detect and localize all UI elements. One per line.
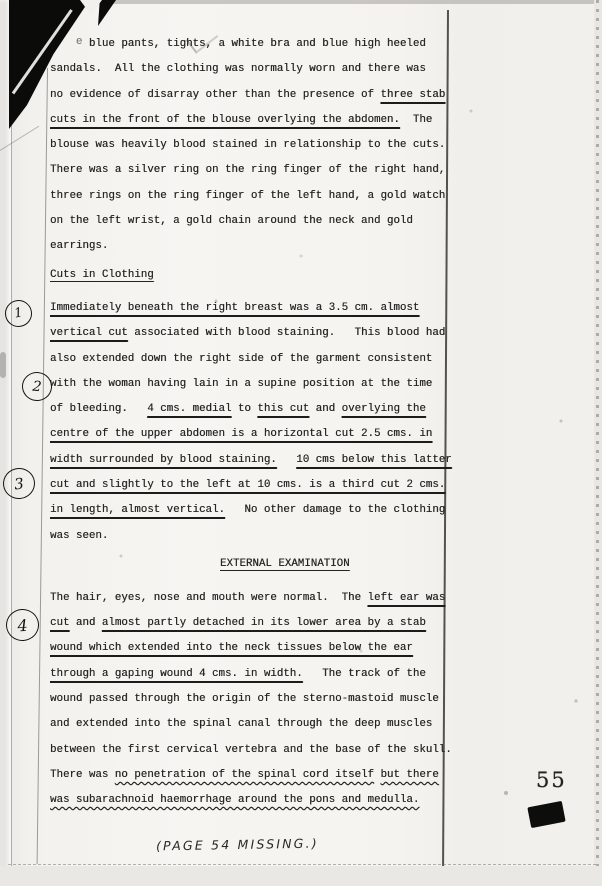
document-line: There was no penetration of the spinal c… bbox=[50, 763, 454, 788]
document-line: on the left wrist, a gold chain around t… bbox=[50, 209, 454, 234]
underlined-text: cut bbox=[50, 617, 69, 629]
underlined-text: no penetration of the spinal cord itself bbox=[115, 769, 374, 781]
document-line: wound which extended into the neck tissu… bbox=[50, 636, 454, 661]
underlined-text: Cuts in Clothing bbox=[50, 269, 154, 281]
text-run: There was bbox=[50, 769, 115, 781]
underlined-text: left ear was bbox=[367, 592, 445, 604]
text-run: on the left wrist, a gold chain around t… bbox=[50, 215, 413, 227]
underlined-text: overlying the bbox=[342, 403, 426, 415]
underlined-text: centre of the upper abdomen is a horizon… bbox=[50, 428, 432, 440]
underlined-text: this cut bbox=[257, 403, 309, 415]
section-heading-external-examination: EXTERNAL EXAMINATION bbox=[50, 552, 454, 577]
document-line: cuts in the front of the blouse overlyin… bbox=[50, 108, 454, 133]
text-run: sandals. All the clothing was normally w… bbox=[50, 63, 426, 75]
handwritten-note: (PAGE 54 MISSING.) bbox=[156, 836, 319, 854]
document-line: cut and almost partly detached in its lo… bbox=[50, 611, 454, 636]
left-fold-line bbox=[37, 68, 49, 864]
text-run: was seen. bbox=[50, 530, 108, 542]
document-line: blouse was heavily blood stained in rela… bbox=[50, 133, 454, 158]
text-run: No other damage to the clothing bbox=[225, 504, 445, 516]
underlined-text: three stab bbox=[380, 89, 445, 101]
document-line: centre of the upper abdomen is a horizon… bbox=[50, 422, 454, 447]
underlined-text: 4 cms. medial bbox=[147, 403, 231, 415]
scan-noise-specks bbox=[0, 0, 2, 2]
text-run: There was a silver ring on the ring fing… bbox=[50, 164, 445, 176]
document-line: between the first cervical vertebra and … bbox=[50, 738, 454, 763]
text-run: wound passed through the origin of the s… bbox=[50, 693, 439, 705]
document-line: width surrounded by blood staining. 10 c… bbox=[50, 448, 454, 473]
redaction-mark bbox=[527, 801, 565, 828]
text-run: associated with blood staining. This blo… bbox=[128, 327, 445, 339]
document-line: with the woman having lain in a supine p… bbox=[50, 372, 454, 397]
page-number: 55 bbox=[536, 768, 567, 792]
text-run: blouse was heavily blood stained in rela… bbox=[50, 139, 445, 151]
text-run: e bbox=[76, 30, 89, 55]
underlined-text: in length, almost vertical. bbox=[50, 504, 225, 516]
underlined-text: was subarachnoid haemorrhage around the … bbox=[50, 794, 419, 806]
underlined-text: wound which extended into the neck tissu… bbox=[50, 642, 413, 654]
underlined-text: cuts in the front of the blouse overlyin… bbox=[50, 114, 400, 126]
underlined-text: cut and slightly to the left at 10 cms. … bbox=[50, 479, 445, 491]
document-line: and extended into the spinal canal throu… bbox=[50, 712, 454, 737]
binding-speckle-strip bbox=[596, 0, 599, 886]
edge-blot bbox=[0, 352, 6, 378]
scanned-page: e blue pants, tights, a white bra and bl… bbox=[0, 0, 602, 886]
text-run: and bbox=[69, 617, 101, 629]
document-line: Immediately beneath the right breast was… bbox=[50, 296, 454, 321]
text-run: with the woman having lain in a supine p… bbox=[50, 378, 432, 390]
underlined-text: but there bbox=[380, 769, 438, 781]
scan-left-edge bbox=[0, 0, 12, 886]
document-line: earrings. bbox=[50, 234, 454, 259]
text-run: to bbox=[231, 403, 257, 415]
section-heading-cuts-in-clothing: Cuts in Clothing bbox=[50, 263, 454, 288]
underlined-text: vertical cut bbox=[50, 327, 128, 339]
document-line: cut and slightly to the left at 10 cms. … bbox=[50, 473, 454, 498]
document-line: three rings on the ring finger of the le… bbox=[50, 184, 454, 209]
scan-top-edge bbox=[95, 0, 602, 4]
document-line: in length, almost vertical. No other dam… bbox=[50, 498, 454, 523]
margin-circled-number-2: 2 bbox=[21, 371, 54, 403]
text-run: The bbox=[400, 114, 432, 126]
underlined-text: 10 cms below this latter bbox=[296, 454, 452, 466]
document-line: vertical cut associated with blood stain… bbox=[50, 321, 454, 346]
text-run: and extended into the spinal canal throu… bbox=[50, 718, 432, 730]
text-run: blue pants, tights, a white bra and blue… bbox=[89, 38, 426, 50]
text-run: The hair, eyes, nose and mouth were norm… bbox=[50, 592, 367, 604]
document-line: no evidence of disarray other than the p… bbox=[50, 83, 454, 108]
document-line: The hair, eyes, nose and mouth were norm… bbox=[50, 586, 454, 611]
underlined-text: almost partly detached in its lower area… bbox=[102, 617, 426, 629]
underlined-text: EXTERNAL EXAMINATION bbox=[220, 558, 350, 570]
document-text: e blue pants, tights, a white bra and bl… bbox=[50, 32, 454, 813]
underlined-text: width surrounded by blood staining. bbox=[50, 454, 277, 466]
document-line: wound passed through the origin of the s… bbox=[50, 687, 454, 712]
scan-bottom-margin bbox=[0, 866, 602, 886]
document-line: through a gaping wound 4 cms. in width. … bbox=[50, 662, 454, 687]
document-line: was subarachnoid haemorrhage around the … bbox=[50, 788, 454, 813]
text-run: The track of the bbox=[303, 668, 426, 680]
underlined-text: Immediately beneath the right breast was… bbox=[50, 302, 419, 314]
document-line: was seen. bbox=[50, 524, 454, 549]
text-run: and bbox=[309, 403, 341, 415]
text-run: of bleeding. bbox=[50, 403, 147, 415]
text-run bbox=[277, 454, 296, 466]
document-line: also extended down the right side of the… bbox=[50, 347, 454, 372]
text-run: also extended down the right side of the… bbox=[50, 353, 432, 365]
bottom-page-edge-line bbox=[8, 864, 596, 865]
document-line: sandals. All the clothing was normally w… bbox=[50, 57, 454, 82]
document-line: e blue pants, tights, a white bra and bl… bbox=[50, 32, 454, 57]
document-line: of bleeding. 4 cms. medial to this cut a… bbox=[50, 397, 454, 422]
text-run bbox=[50, 38, 76, 50]
underlined-text: through a gaping wound 4 cms. in width. bbox=[50, 668, 303, 680]
text-run: no evidence of disarray other than the p… bbox=[50, 89, 380, 101]
text-run: three rings on the ring finger of the le… bbox=[50, 190, 445, 202]
text-run: earrings. bbox=[50, 240, 108, 252]
document-line: There was a silver ring on the ring fing… bbox=[50, 158, 454, 183]
text-run: between the first cervical vertebra and … bbox=[50, 744, 452, 756]
